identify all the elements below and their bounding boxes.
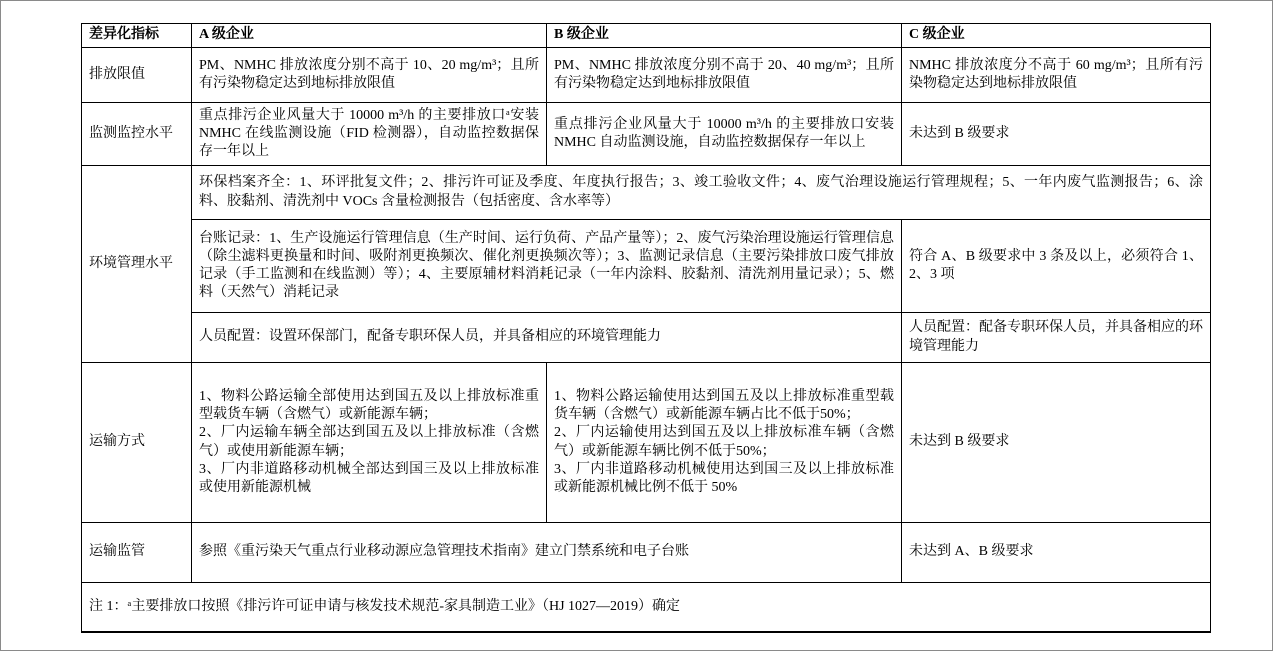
col-header-indicator: 差异化指标 bbox=[82, 24, 192, 48]
cell-management-staff-ab: 人员配置：设置环保部门，配备专职环保人员，并具备相应的环境管理能力 bbox=[192, 313, 902, 363]
table-row-management-archives: 环境管理水平 环保档案齐全：1、环评批复文件；2、排污许可证及季度、年度执行报告… bbox=[82, 166, 1211, 220]
cell-monitoring-grade-c: 未达到 B 级要求 bbox=[902, 103, 1211, 166]
cell-transport-mode-grade-c: 未达到 B 级要求 bbox=[902, 363, 1211, 523]
table-row-footnote: 注 1：ᵃ主要排放口按照《排污许可证申请与核发技术规范-家具制造工业》（HJ 1… bbox=[82, 583, 1211, 632]
col-header-grade-c: C 级企业 bbox=[902, 24, 1211, 48]
cell-management-staff-c: 人员配置：配备专职环保人员，并具备相应的环境管理能力 bbox=[902, 313, 1211, 363]
row-label-management: 环境管理水平 bbox=[82, 166, 192, 363]
cell-monitoring-grade-b: 重点排污企业风量大于 10000 m³/h 的主要排放口安装 NMHC 自动监测… bbox=[547, 103, 902, 166]
grade-comparison-table: 差异化指标 A 级企业 B 级企业 C 级企业 排放限值 PM、NMHC 排放浓… bbox=[81, 23, 1211, 633]
cell-emission-grade-c: NMHC 排放浓度分不高于 60 mg/m³；且所有污染物稳定达到地标排放限值 bbox=[902, 48, 1211, 103]
cell-transport-mode-grade-a: 1、物料公路运输全部使用达到国五及以上排放标准重型载货车辆（含燃气）或新能源车辆… bbox=[192, 363, 547, 523]
row-label-emission-limit: 排放限值 bbox=[82, 48, 192, 103]
row-label-monitoring: 监测监控水平 bbox=[82, 103, 192, 166]
table-header-row: 差异化指标 A 级企业 B 级企业 C 级企业 bbox=[82, 24, 1211, 48]
col-header-grade-a: A 级企业 bbox=[192, 24, 547, 48]
col-header-grade-b: B 级企业 bbox=[547, 24, 902, 48]
row-label-transport-mode: 运输方式 bbox=[82, 363, 192, 523]
cell-transport-supervision-ab: 参照《重污染天气重点行业移动源应急管理技术指南》建立门禁系统和电子台账 bbox=[192, 523, 902, 583]
cell-management-archives-abc: 环保档案齐全：1、环评批复文件；2、排污许可证及季度、年度执行报告；3、竣工验收… bbox=[192, 166, 1211, 220]
cell-emission-grade-a: PM、NMHC 排放浓度分别不高于 10、20 mg/m³；且所有污染物稳定达到… bbox=[192, 48, 547, 103]
cell-transport-supervision-c: 未达到 A、B 级要求 bbox=[902, 523, 1211, 583]
footnote-text: 注 1：ᵃ主要排放口按照《排污许可证申请与核发技术规范-家具制造工业》（HJ 1… bbox=[82, 583, 1211, 632]
table-row-monitoring: 监测监控水平 重点排污企业风量大于 10000 m³/h 的主要排放口ᵃ安装 N… bbox=[82, 103, 1211, 166]
row-label-transport-supervision: 运输监管 bbox=[82, 523, 192, 583]
table-row-transport-supervision: 运输监管 参照《重污染天气重点行业移动源应急管理技术指南》建立门禁系统和电子台账… bbox=[82, 523, 1211, 583]
cell-emission-grade-b: PM、NMHC 排放浓度分别不高于 20、40 mg/m³；且所有污染物稳定达到… bbox=[547, 48, 902, 103]
table-row-management-staff: 人员配置：设置环保部门，配备专职环保人员，并具备相应的环境管理能力 人员配置：配… bbox=[82, 313, 1211, 363]
table-row-emission-limit: 排放限值 PM、NMHC 排放浓度分别不高于 10、20 mg/m³；且所有污染… bbox=[82, 48, 1211, 103]
table-row-management-ledger: 台账记录：1、生产设施运行管理信息（生产时间、运行负荷、产品产量等）；2、废气污… bbox=[82, 220, 1211, 313]
cell-management-ledger-c: 符合 A、B 级要求中 3 条及以上，必须符合 1、2、3 项 bbox=[902, 220, 1211, 313]
cell-management-ledger-ab: 台账记录：1、生产设施运行管理信息（生产时间、运行负荷、产品产量等）；2、废气污… bbox=[192, 220, 902, 313]
cell-transport-mode-grade-b: 1、物料公路运输使用达到国五及以上排放标准重型载货车辆（含燃气）或新能源车辆占比… bbox=[547, 363, 902, 523]
table-row-transport-mode: 运输方式 1、物料公路运输全部使用达到国五及以上排放标准重型载货车辆（含燃气）或… bbox=[82, 363, 1211, 523]
document-page: 差异化指标 A 级企业 B 级企业 C 级企业 排放限值 PM、NMHC 排放浓… bbox=[0, 0, 1273, 651]
cell-monitoring-grade-a: 重点排污企业风量大于 10000 m³/h 的主要排放口ᵃ安装 NMHC 在线监… bbox=[192, 103, 547, 166]
